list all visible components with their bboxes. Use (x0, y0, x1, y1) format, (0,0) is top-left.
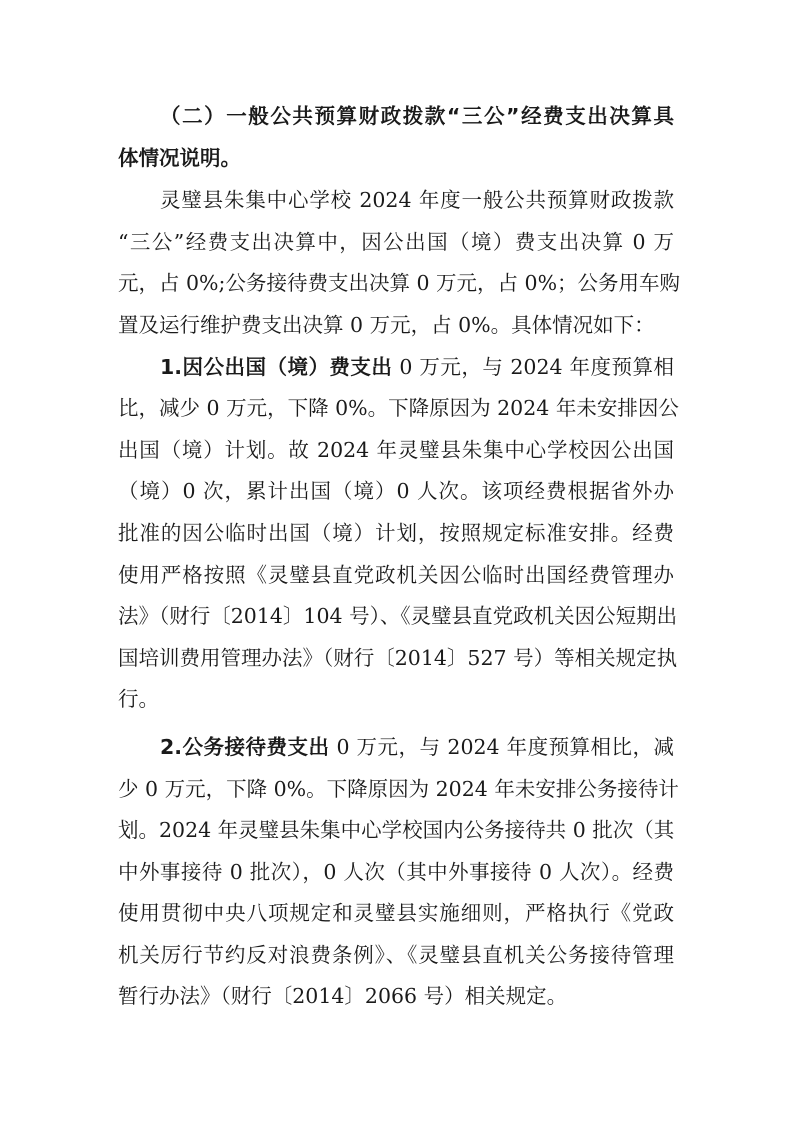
section-2-line-3: 划。2024 年灵璧县朱集中心学校国内公务接待共 0 批次（其 (118, 810, 674, 852)
section-1-line-8: 国培训费用管理办法》（财行〔2014〕527 号）等相关规定执 (118, 638, 674, 680)
section-2-paragraph: 2.公务接待费支出 0 万元，与 2024 年度预算相比，减 少 0 万元，下降… (118, 727, 674, 1018)
intro-line-2: “三公”经费支出决算中，因公出国（境）费支出决算 0 万 (118, 222, 674, 264)
section-1-title: 1.因公出国（境）费支出 (160, 355, 392, 379)
section-1-line-1-text: 0 万元，与 2024 年度预算相 (392, 355, 674, 379)
document-page: （二）一般公共预算财政拨款“三公”经费支出决算具 体情况说明。 灵璧县朱集中心学… (118, 96, 674, 1018)
section-1-line-5: 批准的因公临时出国（境）计划，按照规定标准安排。经费 (118, 513, 674, 555)
section-2-line-5: 使用贯彻中央八项规定和灵璧县实施细则，严格执行《党政 (118, 893, 674, 935)
intro-paragraph: 灵璧县朱集中心学校 2024 年度一般公共预算财政拨款 “三公”经费支出决算中，… (118, 180, 674, 346)
section-2-line-7: 暂行办法》（财行〔2014〕2066 号）相关规定。 (118, 976, 674, 1018)
section-heading: （二）一般公共预算财政拨款“三公”经费支出决算具 体情况说明。 (118, 96, 674, 179)
section-2-line-1-text: 0 万元，与 2024 年度预算相比，减 (329, 735, 674, 759)
section-2-line-4: 中外事接待 0 批次），0 人次（其中外事接待 0 人次）。经费 (118, 852, 674, 894)
heading-line-2: 体情况说明。 (118, 138, 674, 180)
intro-line-4: 置及运行维护费支出决算 0 万元，占 0%。具体情况如下： (118, 305, 674, 347)
section-2-line-2: 少 0 万元，下降 0%。下降原因为 2024 年未安排公务接待计 (118, 769, 674, 811)
section-2-title: 2.公务接待费支出 (160, 735, 329, 759)
heading-line-1: （二）一般公共预算财政拨款“三公”经费支出决算具 (118, 96, 674, 138)
section-2-line-6: 机关厉行节约反对浪费条例》、《灵璧县直机关公务接待管理 (118, 935, 674, 977)
section-1-line-3: 出国（境）计划。故 2024 年灵璧县朱集中心学校因公出国 (118, 430, 674, 472)
section-1-line-9: 行。 (118, 679, 674, 721)
intro-line-1: 灵璧县朱集中心学校 2024 年度一般公共预算财政拨款 (118, 180, 674, 222)
section-1-line-4: （境）0 次，累计出国（境）0 人次。该项经费根据省外办 (118, 471, 674, 513)
intro-line-3: 元，占 0%;公务接待费支出决算 0 万元，占 0%；公务用车购 (118, 263, 674, 305)
section-1-paragraph: 1.因公出国（境）费支出 0 万元，与 2024 年度预算相 比，减少 0 万元… (118, 347, 674, 721)
section-1-line-2: 比，减少 0 万元，下降 0%。下降原因为 2024 年未安排因公 (118, 388, 674, 430)
section-1-line-1: 1.因公出国（境）费支出 0 万元，与 2024 年度预算相 (118, 347, 674, 389)
section-1-line-6: 使用严格按照《灵璧县直党政机关因公临时出国经费管理办 (118, 555, 674, 597)
section-2-line-1: 2.公务接待费支出 0 万元，与 2024 年度预算相比，减 (118, 727, 674, 769)
section-1-line-7: 法》（财行〔2014〕104 号）、《灵璧县直党政机关因公短期出 (118, 596, 674, 638)
